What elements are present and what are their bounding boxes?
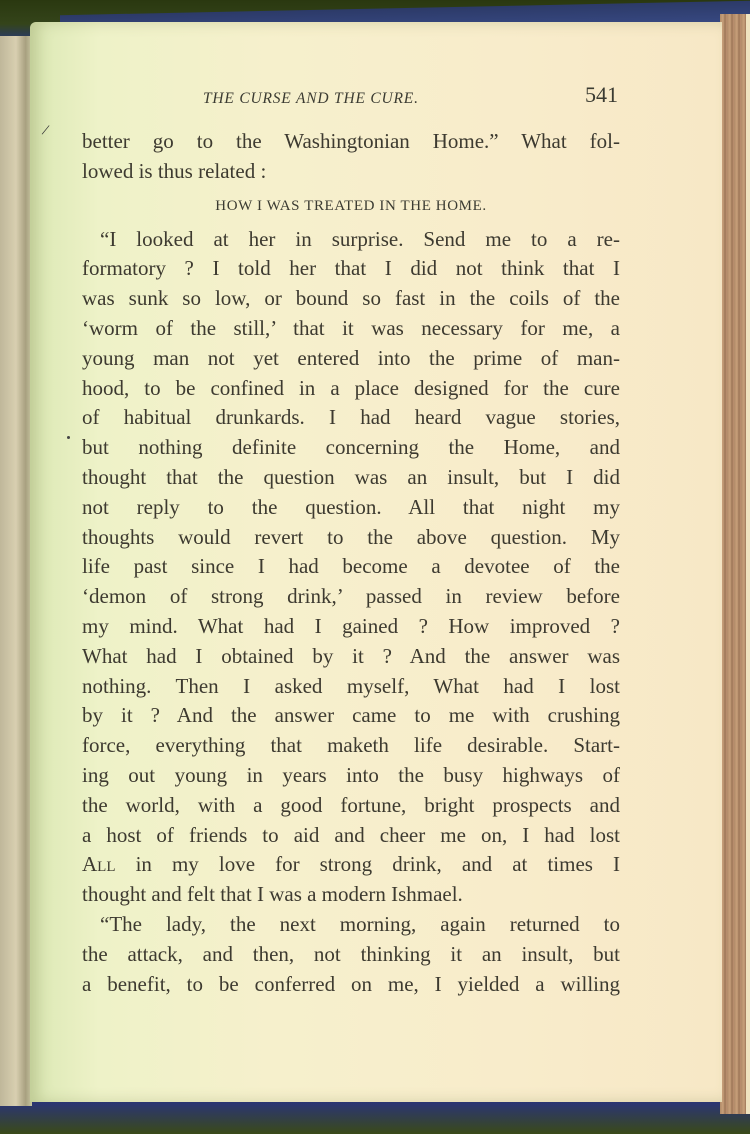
text-line-rest: in my love for strong drink, and at time…: [116, 852, 621, 876]
text-line: ‘worm of the still,’ that it was necessa…: [82, 314, 620, 344]
page-number: 541: [585, 82, 618, 108]
text-line: not reply to the question. All that nigh…: [82, 493, 620, 523]
paragraph-2: “The lady, the next morning, again retur…: [82, 910, 620, 999]
text-line: nothing. Then I asked myself, What had I…: [82, 672, 620, 702]
margin-ink-dot: [67, 436, 70, 439]
right-page-highlight: [746, 14, 750, 1114]
text-line: ‘demon of strong drink,’ passed in revie…: [82, 582, 620, 612]
text-line: my mind. What had I gained ? How improve…: [82, 612, 620, 642]
text-line: thought that the question was an insult,…: [82, 463, 620, 493]
page-header: THE CURSE AND THE CURE. 541: [200, 82, 620, 112]
text-line: formatory ? I told her that I did not th…: [82, 254, 620, 284]
text-line: was sunk so low, or bound so fast in the…: [82, 284, 620, 314]
text-line: “The lady, the next morning, again retur…: [82, 910, 620, 940]
text-line: lowed is thus related :: [82, 157, 620, 187]
text-line: All in my love for strong drink, and at …: [82, 850, 620, 880]
text-line: by it ? And the answer came to me with c…: [82, 701, 620, 731]
running-head: THE CURSE AND THE CURE.: [203, 90, 419, 108]
text-line: a host of friends to aid and cheer me on…: [82, 821, 620, 851]
text-line: life past since I had become a devotee o…: [82, 552, 620, 582]
text-line: “I looked at her in surprise. Send me to…: [82, 225, 620, 255]
text-line: of habitual drunkards. I had heard vague…: [82, 403, 620, 433]
text-line: but nothing definite concerning the Home…: [82, 433, 620, 463]
text-line: What had I obtained by it ? And the answ…: [82, 642, 620, 672]
page-body: better go to the Washingtonian Home.” Wh…: [82, 127, 620, 999]
text-line: ing out young in years into the busy hig…: [82, 761, 620, 791]
paragraph-1: “I looked at her in surprise. Send me to…: [82, 225, 620, 910]
text-line: thought and felt that I was a modern Ish…: [82, 880, 620, 910]
text-line: the world, with a good fortune, bright p…: [82, 791, 620, 821]
text-line: a benefit, to be conferred on me, I yiel…: [82, 970, 620, 1000]
text-line: hood, to be confined in a place designed…: [82, 374, 620, 404]
text-line: the attack, and then, not thinking it an…: [82, 940, 620, 970]
text-line: young man not yet entered into the prime…: [82, 344, 620, 374]
small-caps-all: All: [82, 852, 116, 876]
text-line: force, everything that maketh life desir…: [82, 731, 620, 761]
left-page-edge: [0, 36, 32, 1106]
text-line: thoughts would revert to the above quest…: [82, 523, 620, 553]
section-title: HOW I WAS TREATED IN THE HOME.: [82, 187, 620, 221]
text-line: better go to the Washingtonian Home.” Wh…: [82, 127, 620, 157]
